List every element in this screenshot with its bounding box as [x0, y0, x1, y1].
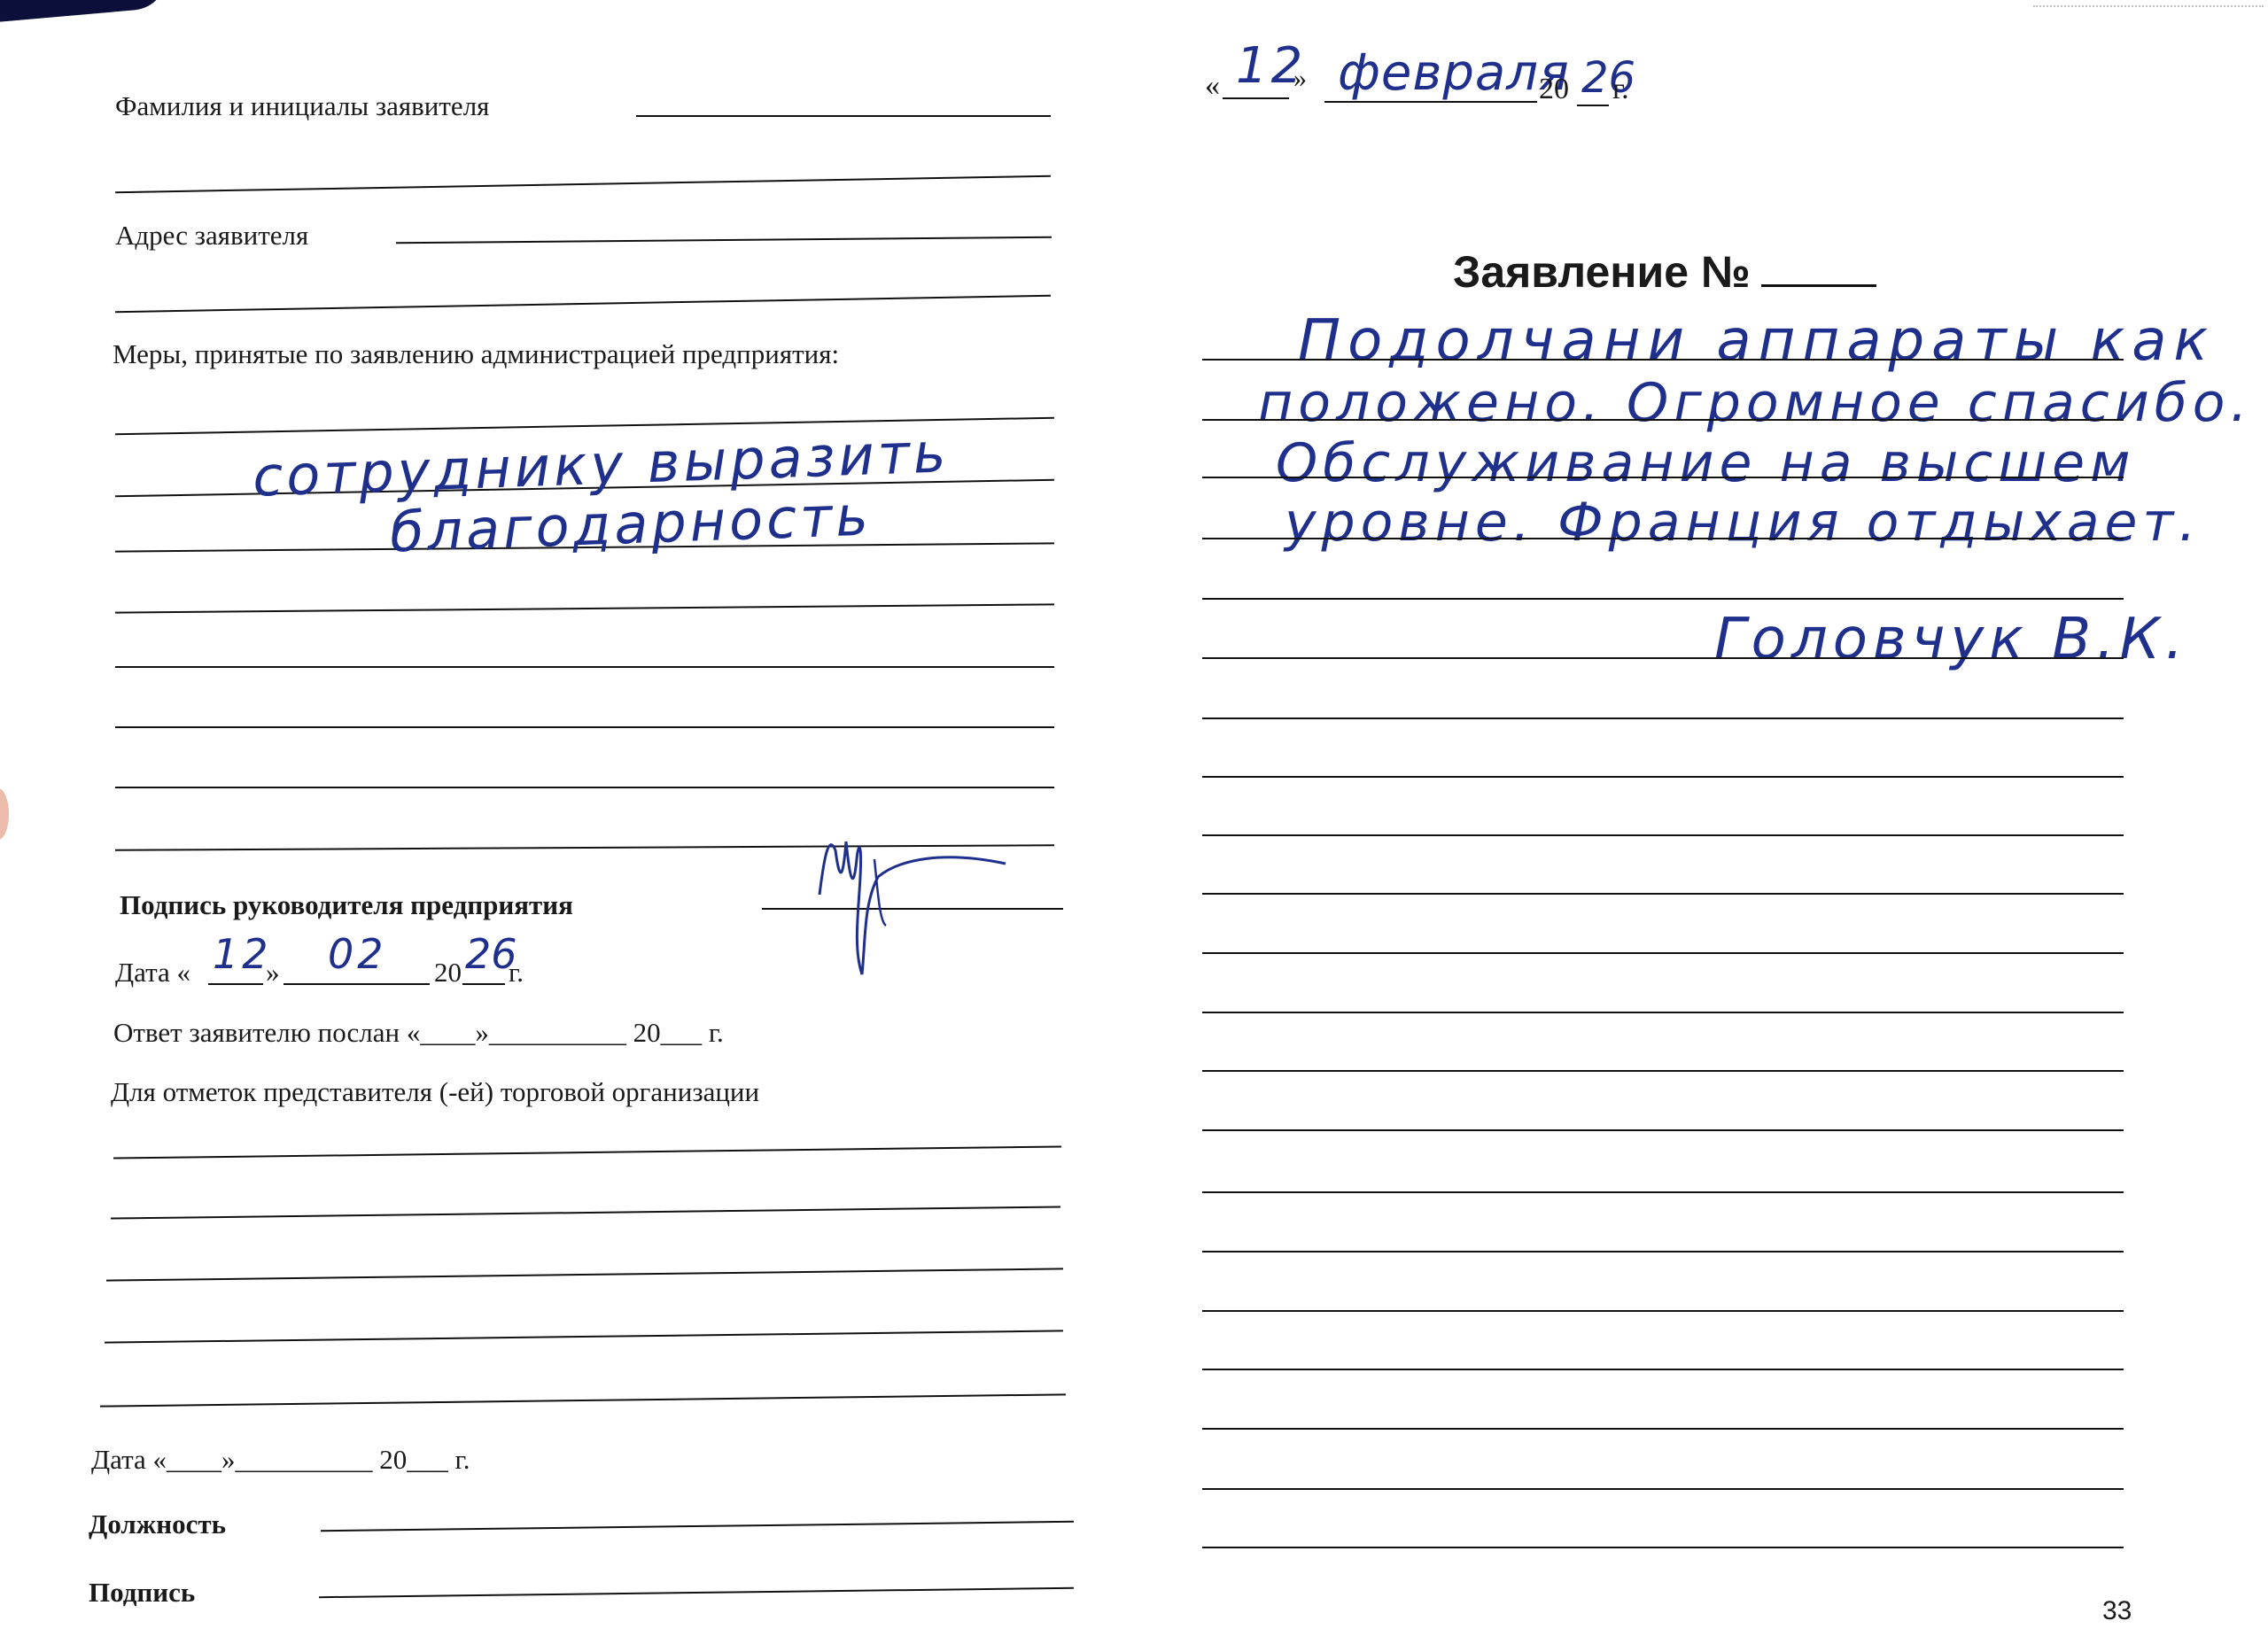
date-open-quote: «: [1205, 69, 1220, 103]
trade-org-date-label: Дата «____»__________ 20___ г.: [91, 1444, 470, 1476]
statement-line-rule[interactable]: [1202, 1428, 2124, 1430]
statement-line-rule[interactable]: [1202, 419, 2124, 421]
applicant-name-line[interactable]: [636, 115, 1051, 117]
manager-date-year-line: [462, 983, 505, 985]
statement-number-blank[interactable]: [1761, 284, 1876, 287]
statement-line-rule[interactable]: [1202, 1547, 2124, 1548]
trade-org-line-3[interactable]: [106, 1268, 1063, 1281]
statement-line-rule[interactable]: [1202, 1251, 2124, 1253]
trade-org-line-5[interactable]: [100, 1393, 1066, 1407]
trade-org-line-1[interactable]: [113, 1145, 1061, 1159]
statement-line-rule[interactable]: [1202, 952, 2124, 954]
statement-line-rule[interactable]: [1202, 1369, 2124, 1370]
statement-line-rule[interactable]: [1202, 1191, 2124, 1193]
page-number: 33: [2102, 1596, 2132, 1626]
statement-line-2: положено. Огромное спасибо.: [1258, 372, 2253, 434]
date-month[interactable]: февраля: [1338, 44, 1570, 102]
notebook-binding-corner: [0, 0, 170, 25]
manager-signature: [802, 824, 1014, 983]
statement-line-rule[interactable]: [1202, 477, 2124, 478]
statement-line-rule[interactable]: [1202, 538, 2124, 539]
manager-date-suffix: г.: [509, 957, 524, 989]
torn-paper-edge: [2033, 0, 2264, 7]
statement-line-4: уровне. Франция отдыхает.: [1285, 492, 2201, 554]
statement-line-rule[interactable]: [1202, 598, 2124, 600]
date-close-quote: »: [1293, 64, 1307, 94]
applicant-address-line[interactable]: [396, 237, 1052, 244]
statement-line-3: Обслуживание на высшем: [1276, 432, 2135, 494]
statement-title-text: Заявление №: [1453, 247, 1751, 297]
statement-line-rule[interactable]: [1202, 657, 2124, 659]
applicant-name-label: Фамилия и инициалы заявителя: [115, 90, 489, 122]
statement-line-rule[interactable]: [1202, 834, 2124, 836]
date-year-line: [1577, 105, 1609, 106]
applicant-signature: Головчук В.К.: [1714, 607, 2188, 672]
page-edge-mark: [0, 788, 9, 840]
manager-date-prefix: Дата «: [115, 957, 190, 989]
manager-date-day[interactable]: 12: [213, 930, 272, 978]
date-day-line: [1223, 97, 1289, 99]
measures-line-6[interactable]: [115, 726, 1054, 728]
reply-sent-label: Ответ заявителю послан «____»__________ …: [113, 1017, 724, 1049]
signature-line[interactable]: [319, 1587, 1074, 1598]
position-line[interactable]: [321, 1521, 1074, 1532]
manager-date-mid: »: [266, 957, 280, 989]
manager-date-year-prefix: 20: [434, 957, 462, 989]
measures-line-7[interactable]: [115, 787, 1054, 788]
date-month-line: [1324, 101, 1537, 103]
measures-label: Меры, принятые по заявлению администраци…: [113, 338, 839, 370]
manager-date-day-line: [208, 983, 263, 985]
manager-date-month[interactable]: 02: [328, 930, 387, 978]
date-suffix: г.: [1612, 73, 1629, 106]
statement-line-rule[interactable]: [1202, 359, 2124, 361]
statement-line-rule[interactable]: [1202, 1070, 2124, 1072]
trade-org-label: Для отметок представителя (-ей) торговой…: [111, 1076, 759, 1108]
statement-line-rule[interactable]: [1202, 893, 2124, 895]
statement-line-rule[interactable]: [1202, 717, 2124, 719]
statement-line-rule[interactable]: [1202, 776, 2124, 778]
manager-signature-label: Подпись руководителя предприятия: [120, 889, 573, 921]
measures-line-5[interactable]: [115, 666, 1054, 668]
applicant-address-line-2[interactable]: [115, 295, 1051, 313]
applicant-name-line-2[interactable]: [115, 175, 1051, 193]
position-label: Должность: [89, 1509, 226, 1540]
statement-line-rule[interactable]: [1202, 1012, 2124, 1013]
signature-label: Подпись: [89, 1577, 195, 1609]
date-year-prefix: 20: [1539, 73, 1569, 106]
applicant-address-label: Адрес заявителя: [115, 220, 308, 252]
statement-line-rule[interactable]: [1202, 1310, 2124, 1312]
statement-line-1: Подолчани аппараты как: [1298, 308, 2215, 374]
statement-line-rule[interactable]: [1202, 1129, 2124, 1131]
statement-title: Заявление №: [1453, 246, 1876, 298]
measures-line-4[interactable]: [115, 603, 1054, 613]
trade-org-line-4[interactable]: [105, 1330, 1063, 1343]
manager-date-month-line: [283, 983, 430, 985]
trade-org-line-2[interactable]: [111, 1206, 1060, 1219]
statement-line-rule[interactable]: [1202, 1488, 2124, 1490]
